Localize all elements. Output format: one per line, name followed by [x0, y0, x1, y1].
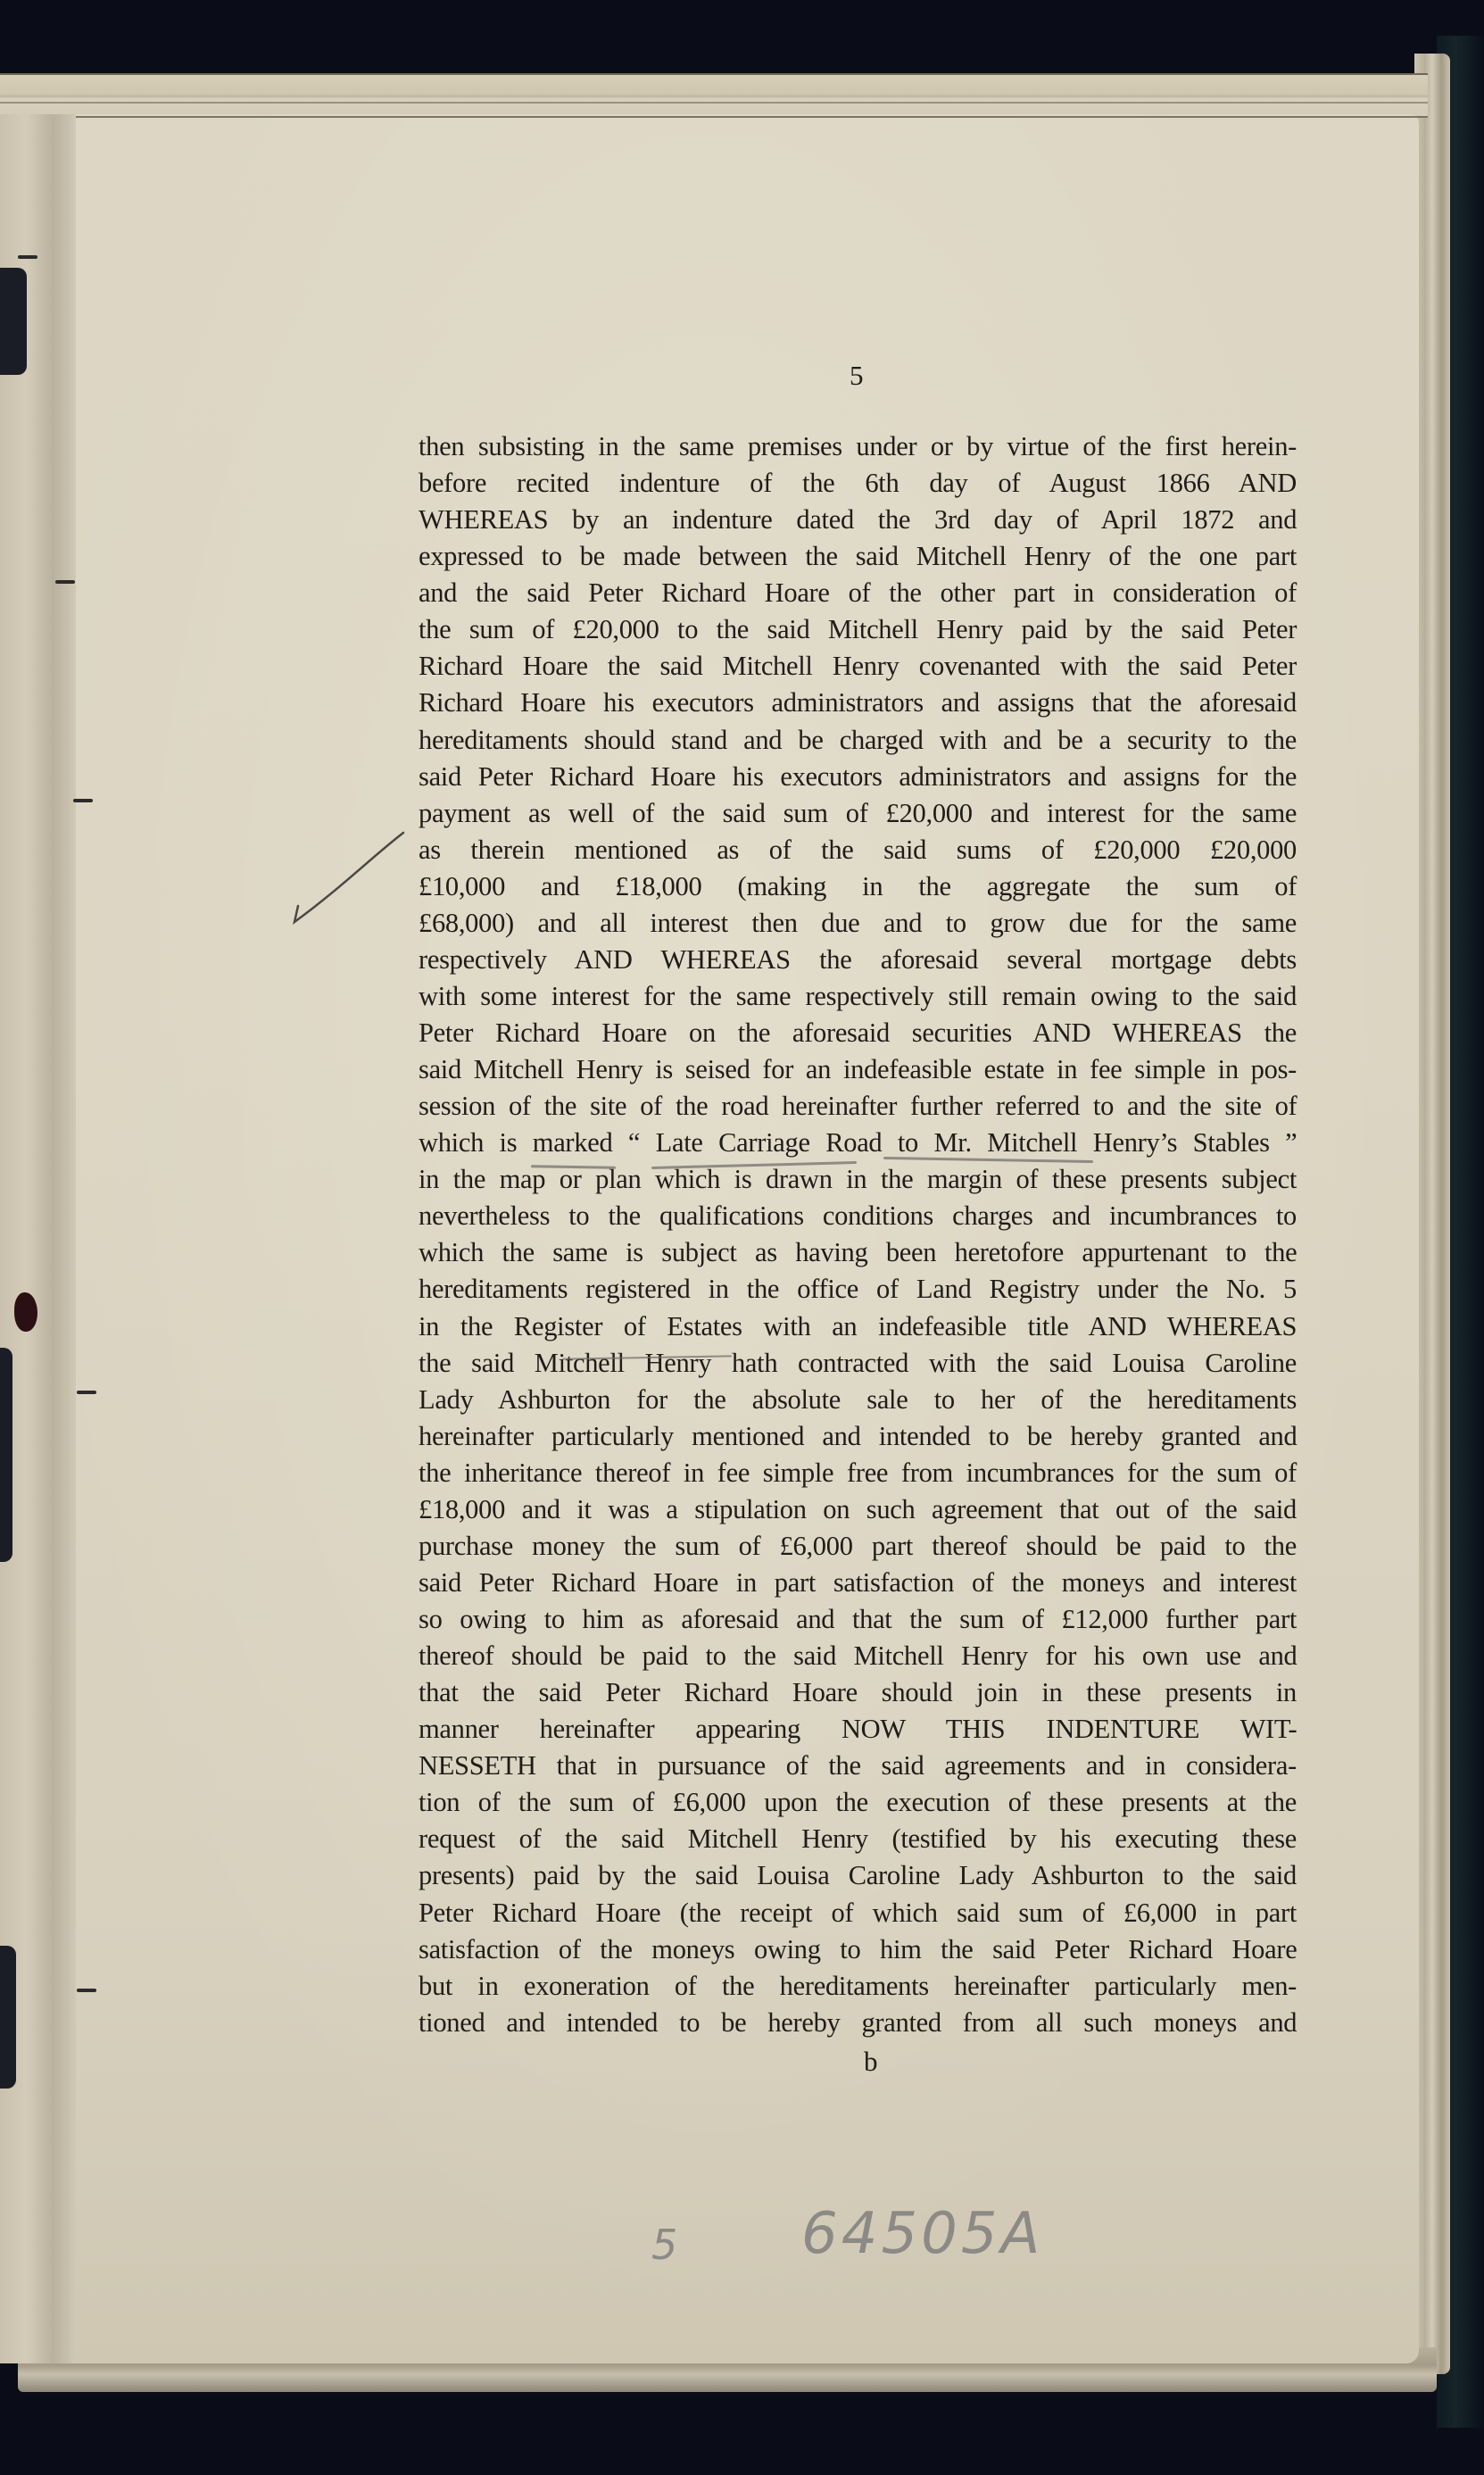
text-line: hereditaments should stand and be charge…	[419, 722, 1297, 759]
stitch-mark	[77, 1989, 96, 1992]
ink-stain	[14, 1292, 37, 1332]
text-line: said Peter Richard Hoare in part satisfa…	[419, 1565, 1297, 1601]
text-line: as therein mentioned as of the said sums…	[419, 832, 1297, 868]
signature-mark: b	[864, 2047, 878, 2075]
page-fold-line	[0, 116, 1428, 118]
page-fold-line	[0, 102, 1428, 104]
text-line: expressed to be made between the said Mi…	[419, 538, 1297, 575]
page-number: 5	[850, 361, 864, 389]
text-line: Peter Richard Hoare (the receipt of whic…	[419, 1895, 1297, 1931]
text-line: manner hereinafter appearing NOW THIS IN…	[419, 1711, 1297, 1748]
text-line: said Mitchell Henry is seised for an ind…	[419, 1051, 1297, 1088]
text-line: but in exoneration of the hereditaments …	[419, 1968, 1297, 2005]
text-line: £10,000 and £18,000 (making in the aggre…	[419, 868, 1297, 905]
text-line: £18,000 and it was a stipulation on such…	[419, 1491, 1297, 1528]
torn-edge	[0, 1946, 16, 2089]
body-text: then subsisting in the same premises und…	[419, 428, 1297, 2041]
text-line: presents) paid by the said Louisa Caroli…	[419, 1857, 1297, 1894]
text-line: hereditaments registered in the office o…	[419, 1271, 1297, 1308]
text-line: Peter Richard Hoare on the aforesaid sec…	[419, 1015, 1297, 1051]
text-line: tion of the sum of £6,000 upon the execu…	[419, 1784, 1297, 1821]
text-line: Lady Ashburton for the absolute sale to …	[419, 1382, 1297, 1418]
torn-edge	[0, 1348, 12, 1562]
text-line: NESSETH that in pursuance of the said ag…	[419, 1748, 1297, 1784]
text-line: so owing to him as aforesaid and that th…	[419, 1601, 1297, 1638]
text-line: in the Register of Estates with an indef…	[419, 1308, 1297, 1345]
text-line: thereof should be paid to the said Mitch…	[419, 1638, 1297, 1674]
text-line: said Peter Richard Hoare his executors a…	[419, 759, 1297, 795]
text-line: request of the said Mitchell Henry (test…	[419, 1821, 1297, 1857]
text-line: nevertheless to the qualifications condi…	[419, 1198, 1297, 1234]
page-stack-edge	[1414, 54, 1450, 2374]
text-line: which the same is subject as having been…	[419, 1234, 1297, 1271]
text-line: £68,000) and all interest then due and t…	[419, 905, 1297, 942]
text-line: Richard Hoare the said Mitchell Henry co…	[419, 648, 1297, 685]
text-line: respectively AND WHEREAS the aforesaid s…	[419, 942, 1297, 978]
page-stack-top	[0, 73, 1428, 118]
text-line: payment as well of the said sum of £20,0…	[419, 795, 1297, 832]
text-line: session of the site of the road hereinaf…	[419, 1088, 1297, 1125]
pencil-check-mark-icon	[287, 826, 435, 928]
text-line: satisfaction of the moneys owing to him …	[419, 1931, 1297, 1968]
handwritten-note-left: 5	[651, 2221, 681, 2269]
text-line: which is marked “ Late Carriage Road to …	[419, 1125, 1297, 1161]
text-line: hereinafter particularly mentioned and i…	[419, 1418, 1297, 1455]
text-line: Richard Hoare his executors administrato…	[419, 685, 1297, 721]
handwritten-note-reference: 64505A	[801, 2201, 1043, 2267]
torn-edge	[0, 268, 27, 375]
text-line: the said Mitchell Henry hath contracted …	[419, 1345, 1297, 1382]
text-line: purchase money the sum of £6,000 part th…	[419, 1528, 1297, 1565]
text-line: tioned and intended to be hereby granted…	[419, 2005, 1297, 2041]
text-line: WHEREAS by an indenture dated the 3rd da…	[419, 502, 1297, 538]
text-line: then subsisting in the same premises und…	[419, 428, 1297, 465]
text-line: before recited indenture of the 6th day …	[419, 465, 1297, 502]
text-line: the sum of £20,000 to the said Mitchell …	[419, 611, 1297, 648]
stitch-mark	[55, 580, 75, 584]
stitch-mark	[73, 799, 93, 802]
text-line: that the said Peter Richard Hoare should…	[419, 1674, 1297, 1711]
stitch-mark	[18, 255, 37, 259]
text-line: with some interest for the same respecti…	[419, 978, 1297, 1015]
stitch-mark	[77, 1391, 96, 1394]
text-line: the inheritance thereof in fee simple fr…	[419, 1455, 1297, 1491]
text-line: and the said Peter Richard Hoare of the …	[419, 575, 1297, 611]
